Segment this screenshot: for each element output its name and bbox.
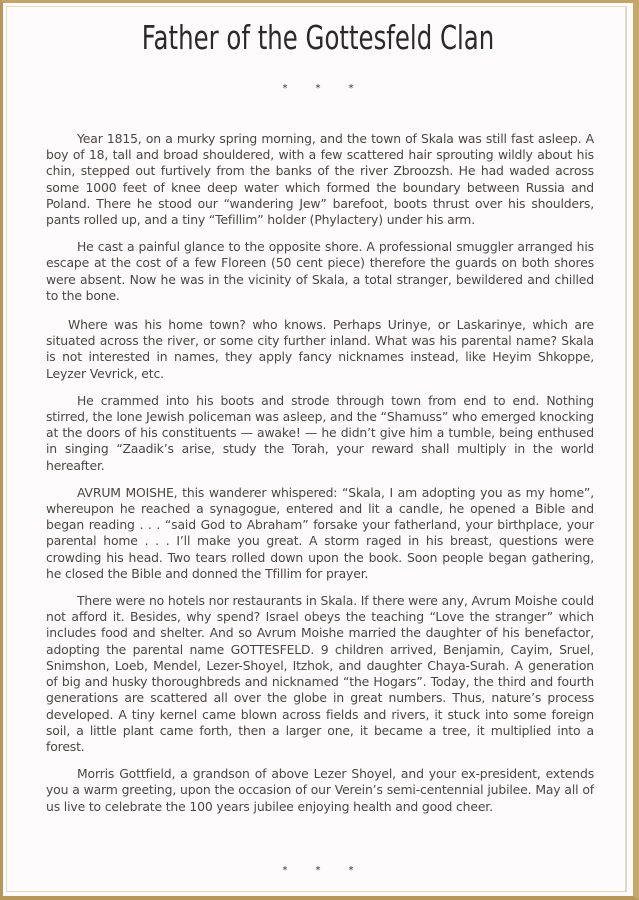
paragraph-synagogue: AVRUM MOISHE, this wanderer whispered: “… <box>46 485 594 582</box>
paragraph-hometown: Where was his home town? who knows. Perh… <box>46 317 594 382</box>
paragraph-town-walk: He crammed into his boots and strode thr… <box>46 393 594 474</box>
paragraph-escape: He cast a painful glance to the opposite… <box>46 239 594 304</box>
star-ornament-icon: * <box>283 83 288 94</box>
page-frame: Father of the Gottesfeld Clan *** Year 1… <box>0 0 639 900</box>
star-ornament-icon: * <box>349 83 354 94</box>
article-body: Year 1815, on a murky spring morning, an… <box>46 131 594 826</box>
document-title: Father of the Gottesfeld Clan <box>85 21 551 54</box>
ornament-divider-top: *** <box>3 83 633 94</box>
paragraph-arrival: Year 1815, on a murky spring morning, an… <box>46 131 594 228</box>
star-ornament-icon: * <box>316 865 321 876</box>
ornament-divider-bottom: *** <box>3 865 633 876</box>
paragraph-family: There were no hotels nor restaurants in … <box>46 593 594 755</box>
paragraph-greeting: Morris Gottfield, a grandson of above Le… <box>46 766 594 815</box>
star-ornament-icon: * <box>316 83 321 94</box>
star-ornament-icon: * <box>349 865 354 876</box>
star-ornament-icon: * <box>283 865 288 876</box>
